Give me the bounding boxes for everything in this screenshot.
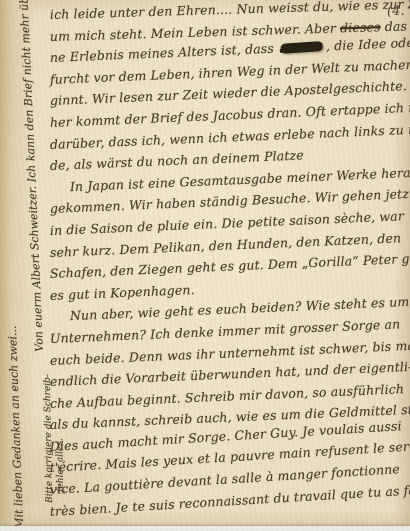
scan-edge: [0, 526, 410, 531]
letter-body: ich leide unter den Ehren.... Nun weisst…: [50, 4, 410, 522]
text-segment: , die Idee oder Ehr-: [326, 33, 410, 53]
margin-note-2: Von euerm Albert Schweitzer. Ich kann de…: [16, 0, 46, 352]
text-segment: es gut in Kopenhagen.: [50, 282, 195, 303]
ink-blot-redaction: [281, 41, 324, 54]
margin-note-1: Mit lieben Gedanken an euch zwei...: [6, 325, 26, 529]
margin-note-4: fehler alles.: [55, 438, 66, 492]
letter-scan-paper: (4. ich leide unter den Ehren.... Nun we…: [0, 0, 410, 531]
